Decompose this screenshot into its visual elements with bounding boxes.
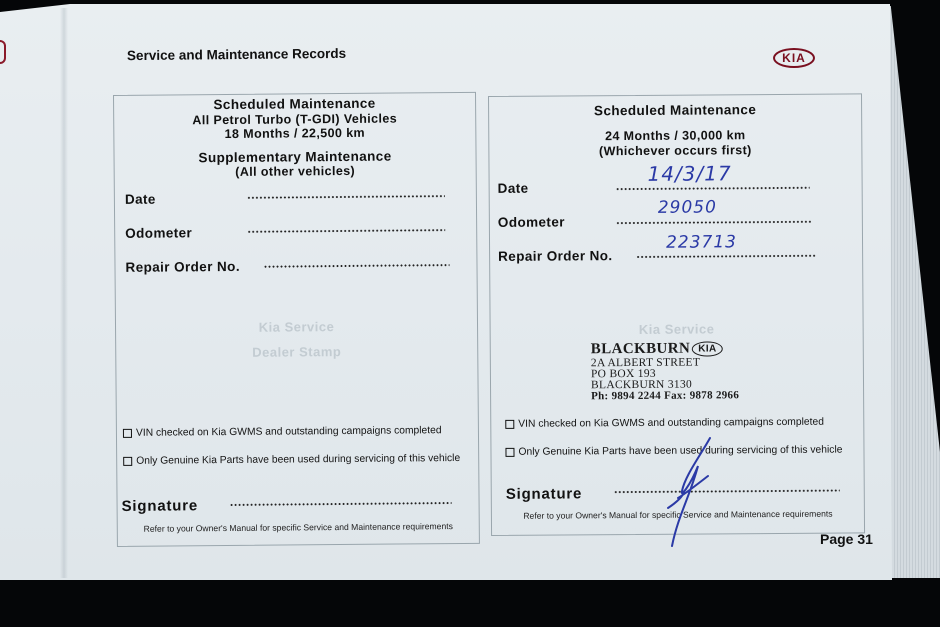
repair-order-field[interactable] bbox=[636, 255, 816, 258]
card-interval: 24 Months / 30,000 km bbox=[489, 127, 861, 144]
card-title: Scheduled Maintenance bbox=[489, 101, 861, 119]
odometer-label: Odometer bbox=[125, 225, 192, 241]
kia-badge-icon: KIA bbox=[692, 341, 723, 356]
repair-order-label: Repair Order No. bbox=[498, 248, 613, 264]
dealer-stamp: BLACKBURN KIA 2A ALBERT STREET PO BOX 19… bbox=[591, 340, 739, 402]
page-title: Service and Maintenance Records bbox=[127, 46, 346, 63]
kia-logo-icon: KIA bbox=[773, 48, 815, 68]
service-book: Service and Maintenance Records KIA Sche… bbox=[0, 0, 940, 627]
repair-order-field[interactable] bbox=[263, 264, 449, 268]
date-label: Date bbox=[498, 181, 529, 196]
stamp-placeholder-line1: Kia Service bbox=[116, 318, 477, 336]
vin-check-label: VIN checked on Kia GWMS and outstanding … bbox=[518, 417, 824, 430]
dealer-name-text: BLACKBURN bbox=[591, 341, 691, 359]
previous-page-logo-edge bbox=[0, 40, 6, 64]
signature-label: Signature bbox=[122, 497, 199, 515]
handwritten-signature bbox=[660, 436, 720, 548]
stamp-placeholder-line2: Dealer Stamp bbox=[116, 343, 477, 361]
signature-field[interactable] bbox=[614, 490, 840, 494]
date-field[interactable] bbox=[616, 187, 810, 190]
stamp-placeholder-line1: Kia Service bbox=[491, 320, 863, 338]
checkbox[interactable] bbox=[505, 420, 514, 429]
dealer-name: BLACKBURN KIA bbox=[591, 340, 739, 358]
genuine-parts-check-row[interactable]: Only Genuine Kia Parts have been used du… bbox=[123, 453, 460, 467]
supplementary-subtitle: (All other vehicles) bbox=[115, 163, 476, 180]
date-label: Date bbox=[125, 192, 156, 207]
odometer-label: Odometer bbox=[498, 214, 565, 229]
odometer-value: 29050 bbox=[658, 197, 717, 217]
signature-label: Signature bbox=[506, 485, 583, 503]
signature-field[interactable] bbox=[230, 502, 452, 506]
repair-order-value: 223713 bbox=[666, 232, 737, 252]
checkbox[interactable] bbox=[123, 429, 132, 438]
repair-order-label: Repair Order No. bbox=[125, 259, 240, 275]
card-title: Scheduled Maintenance bbox=[114, 95, 475, 113]
vin-check-label: VIN checked on Kia GWMS and outstanding … bbox=[136, 425, 442, 439]
dealer-phone: Ph: 9894 2244 Fax: 9878 2966 bbox=[591, 390, 739, 402]
card-interval-note: (Whichever occurs first) bbox=[489, 142, 861, 159]
footnote: Refer to your Owner's Manual for specifi… bbox=[118, 521, 479, 534]
date-field[interactable] bbox=[247, 195, 445, 199]
page-number: Page 31 bbox=[820, 531, 873, 547]
genuine-parts-label: Only Genuine Kia Parts have been used du… bbox=[136, 453, 460, 467]
page-fold bbox=[60, 8, 68, 578]
odometer-field[interactable] bbox=[616, 221, 812, 224]
date-value: 14/3/17 bbox=[647, 161, 731, 186]
odometer-field[interactable] bbox=[247, 229, 445, 233]
checkbox[interactable] bbox=[123, 457, 132, 466]
maintenance-card-left: Scheduled Maintenance All Petrol Turbo (… bbox=[113, 92, 480, 547]
card-interval: 18 Months / 22,500 km bbox=[114, 125, 475, 142]
checkbox[interactable] bbox=[505, 448, 514, 457]
vin-check-row[interactable]: VIN checked on Kia GWMS and outstanding … bbox=[123, 425, 442, 439]
vin-check-row[interactable]: VIN checked on Kia GWMS and outstanding … bbox=[505, 417, 824, 430]
